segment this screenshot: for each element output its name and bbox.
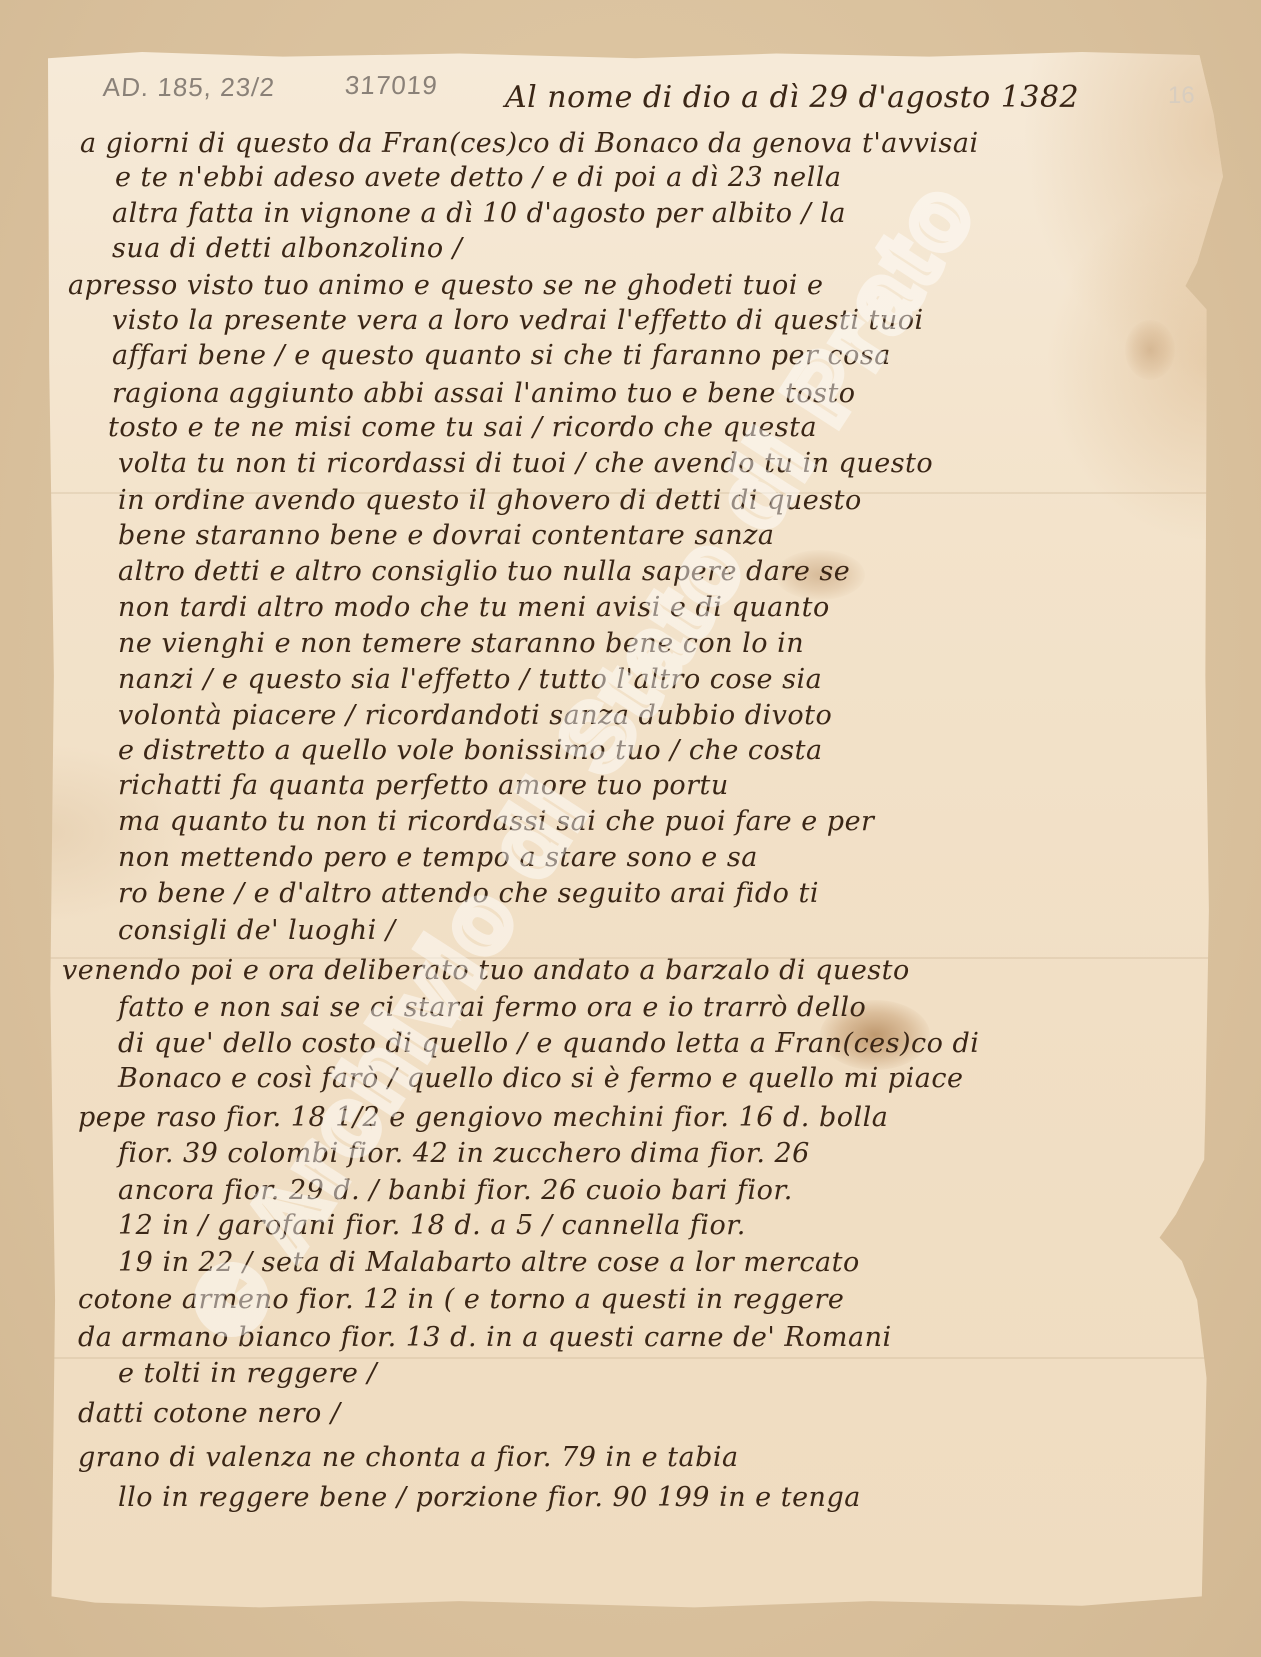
manuscript-line: ragiona aggiunto abbi assai l'animo tuo … (112, 378, 856, 409)
manuscript-line: ro bene / e d'altro attendo che seguito … (118, 878, 819, 909)
manuscript-line: llo in reggere bene / porzione fior. 90 … (118, 1482, 861, 1513)
manuscript-line: richatti fa quanta perfetto amore tuo po… (118, 770, 729, 801)
manuscript-line: bene staranno bene e dovrai contentare s… (118, 520, 775, 551)
manuscript-line: tosto e te ne misi come tu sai / ricordo… (108, 412, 817, 443)
manuscript-line: affari bene / e questo quanto si che ti … (112, 340, 891, 371)
manuscript-line: e te n'ebbi adeso avete detto / e di poi… (115, 162, 842, 193)
foxing-stain (1125, 320, 1175, 380)
manuscript-line: visto la presente vera a loro vedrai l'e… (112, 305, 924, 336)
manuscript-line: e tolti in reggere / (118, 1358, 377, 1389)
manuscript-line: a giorni di questo da Fran(ces)co di Bon… (80, 128, 979, 159)
manuscript-line: volontà piacere / ricordandoti sanza dub… (118, 700, 832, 731)
manuscript-line: grano di valenza ne chonta a fior. 79 in… (78, 1442, 739, 1473)
manuscript-line: da armano bianco fior. 13 d. in a questi… (78, 1322, 892, 1353)
manuscript-line: ma quanto tu non ti ricordassi sai che p… (118, 806, 874, 837)
manuscript-line: non mettendo pero e tempo a stare sono e… (118, 842, 758, 873)
manuscript-line: altro detti e altro consiglio tuo nulla … (118, 556, 850, 587)
catalog-mark: AD. 185, 23/2 (102, 72, 276, 103)
manuscript-line: di que' dello costo di quello / e quando… (118, 1028, 979, 1059)
manuscript-line: Bonaco e così farò / quello dico si è fe… (118, 1063, 963, 1094)
letter-heading: Al nome di dio a dì 29 d'agosto 1382 (505, 80, 1079, 115)
manuscript-line: venendo poi e ora deliberato tuo andato … (62, 955, 910, 986)
manuscript-line: consigli de' luoghi / (118, 915, 395, 946)
manuscript-line: fior. 39 colombi fior. 42 in zucchero di… (118, 1138, 810, 1169)
manuscript-line: 19 in 22 / seta di Malabarto altre cose … (118, 1247, 860, 1278)
manuscript-line: volta tu non ti ricordassi di tuoi / che… (118, 448, 933, 479)
manuscript-line: in ordine avendo questo il ghovero di de… (118, 485, 862, 516)
manuscript-line: sua di detti albonzolino / (112, 233, 462, 264)
manuscript-line: fatto e non sai se ci starai fermo ora e… (118, 992, 866, 1023)
inventory-number: 317019 (344, 70, 439, 101)
manuscript-line: datti cotone nero / (78, 1398, 340, 1429)
manuscript-line: e distretto a quello vole bonissimo tuo … (118, 735, 823, 766)
manuscript-line: apresso visto tuo animo e questo se ne g… (68, 270, 823, 301)
manuscript-line: ancora fior. 29 d. / banbi fior. 26 cuoi… (118, 1175, 793, 1206)
manuscript-line: ne vienghi e non temere staranno bene co… (118, 628, 804, 659)
manuscript-line: cotone armeno fior. 12 in ( e torno a qu… (78, 1284, 844, 1315)
folio-number: 16 (1168, 82, 1195, 110)
manuscript-line: non tardi altro modo che tu meni avisi e… (118, 592, 830, 623)
manuscript-line: nanzi / e questo sia l'effetto / tutto l… (118, 664, 822, 695)
manuscript-line: 12 in / garofani fior. 18 d. a 5 / canne… (118, 1210, 746, 1241)
manuscript-line: pepe raso fior. 18 1/2 e gengiovo mechin… (78, 1102, 888, 1133)
manuscript-line: altra fatta in vignone a dì 10 d'agosto … (112, 198, 846, 229)
